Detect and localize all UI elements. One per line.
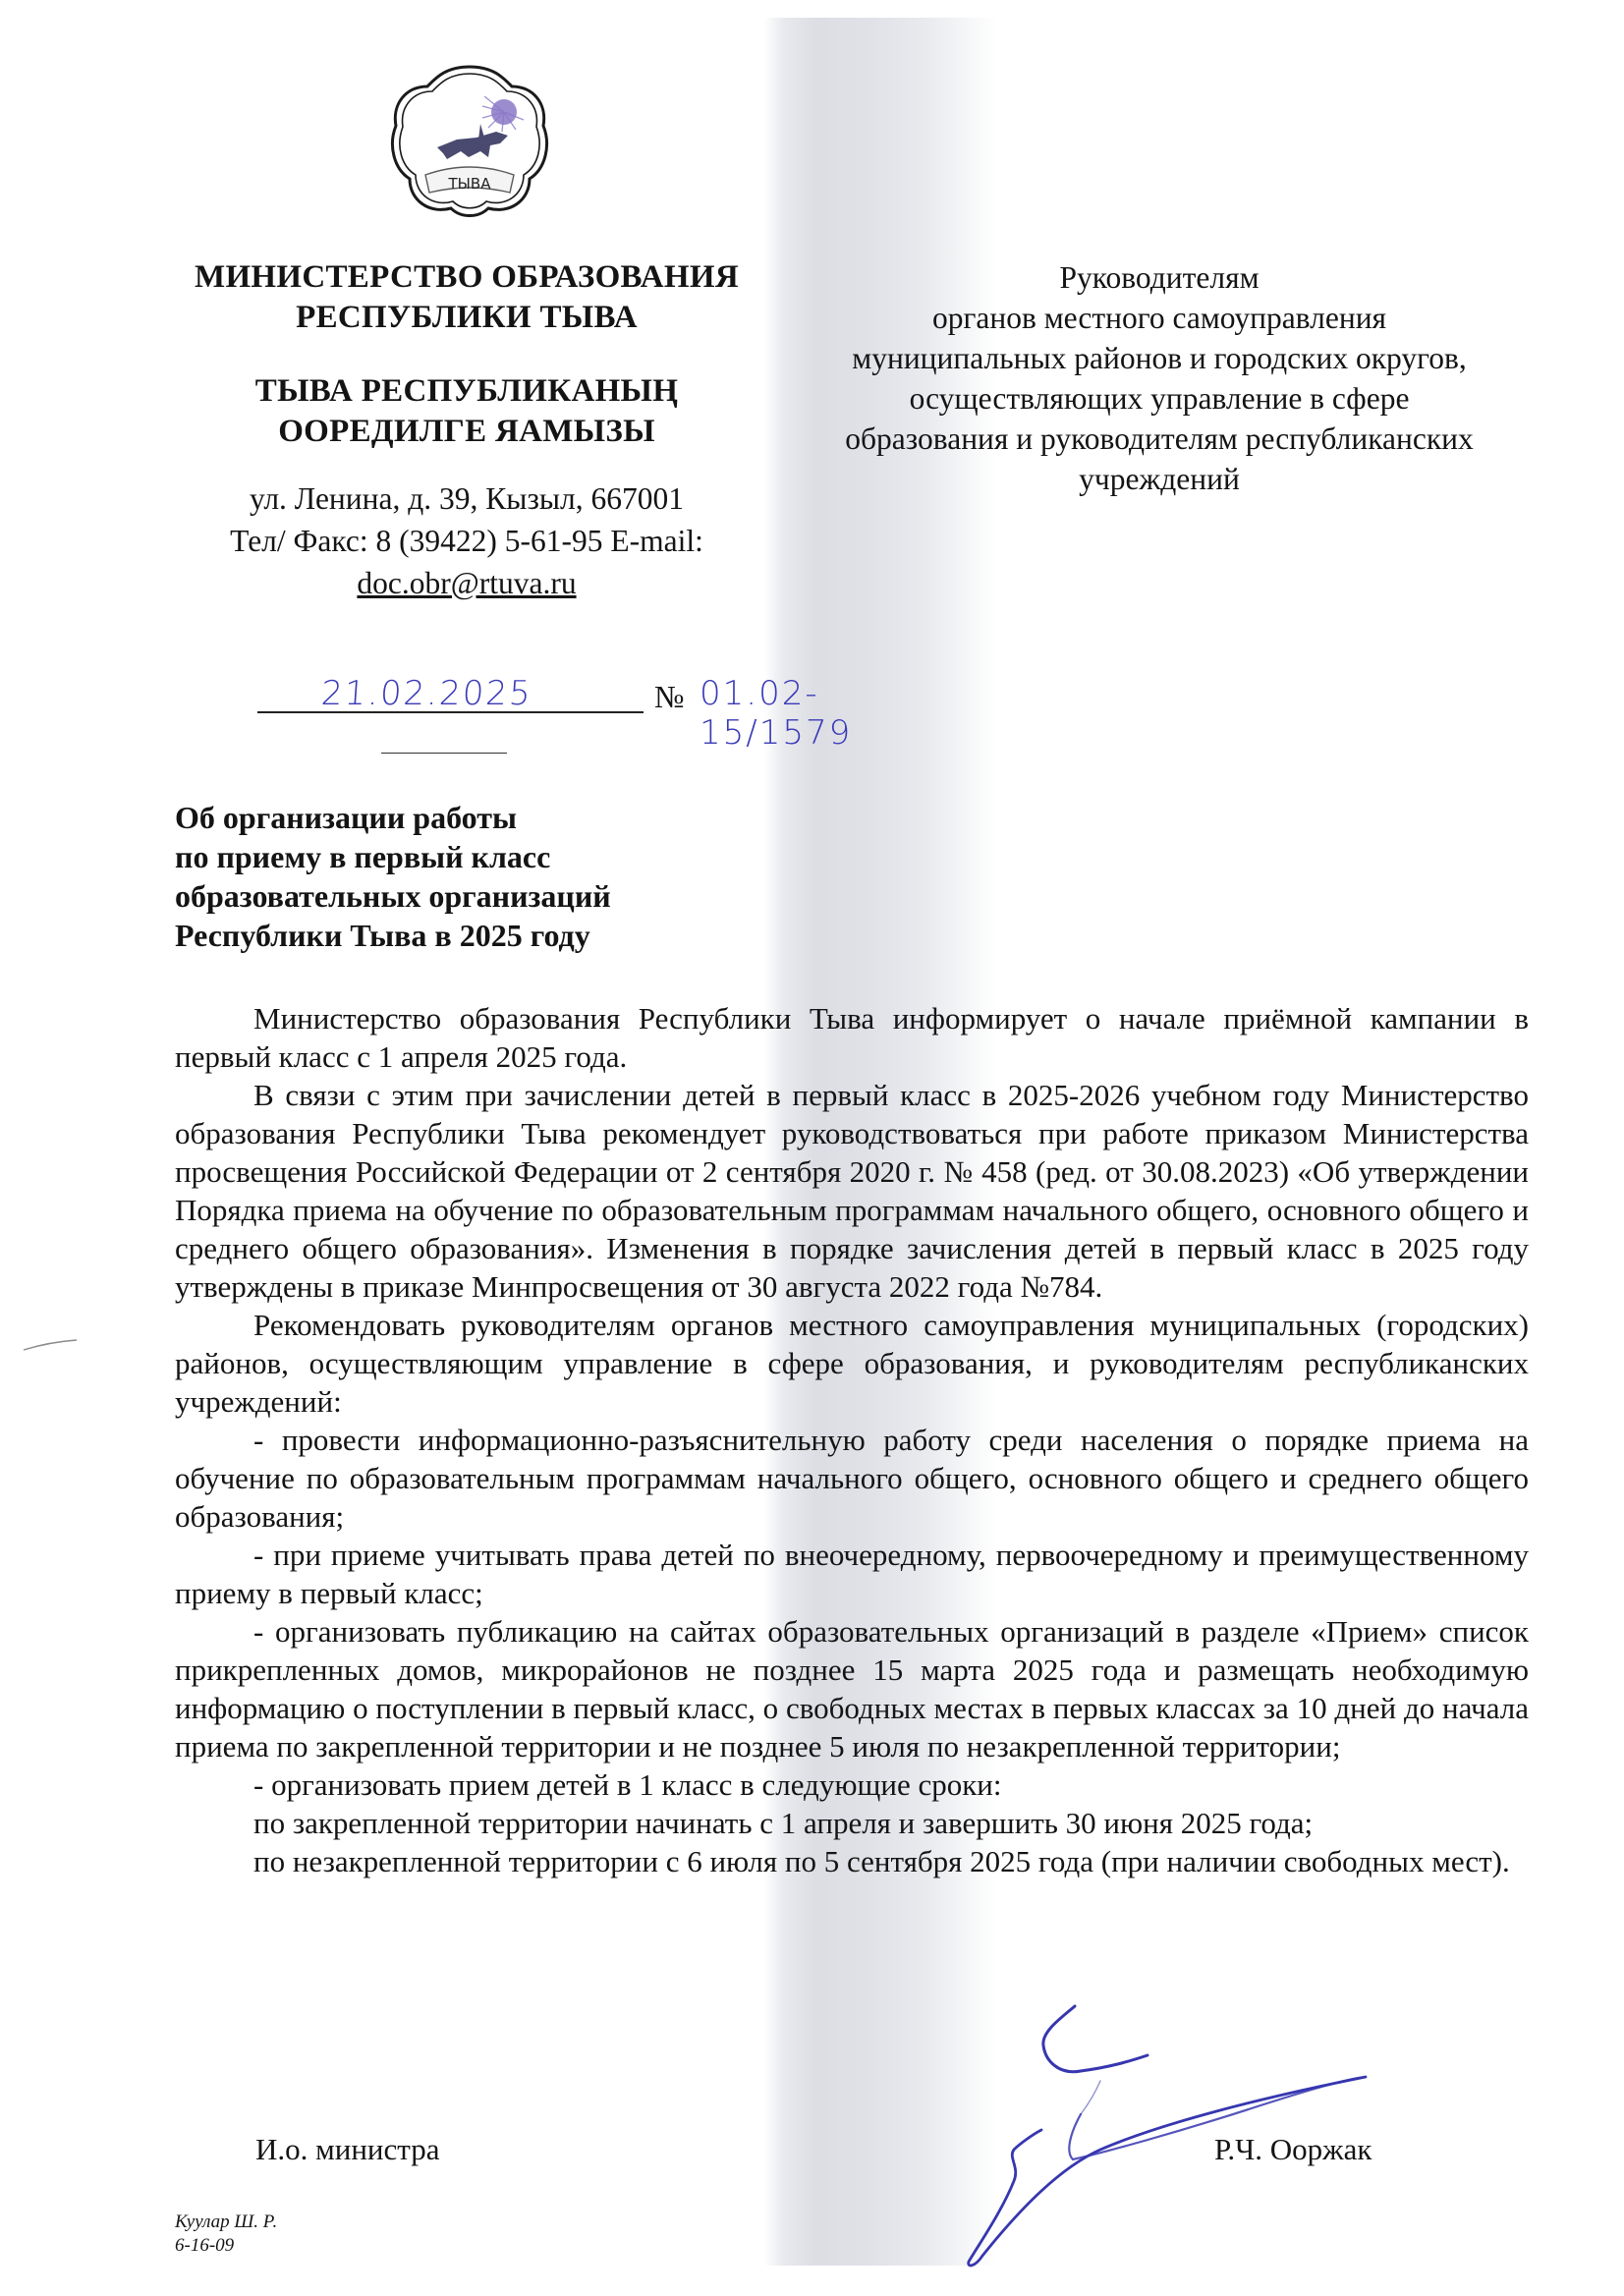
executor-name: Куулар Ш. Р.: [175, 2211, 277, 2234]
registration-number: 01.02-15/1579: [700, 674, 965, 753]
registration-date: 21.02.2025: [320, 674, 533, 713]
body-schedule-item: по незакрепленной территории с 6 июля по…: [175, 1842, 1529, 1880]
executor-note: Куулар Ш. Р. 6-16-09: [175, 2211, 277, 2258]
letter-body: Министерство образования Республики Тыва…: [175, 999, 1529, 1880]
body-paragraph: Министерство образования Республики Тыва…: [175, 999, 1529, 1076]
recipient-line: органов местного самоуправления: [786, 298, 1533, 338]
ministry-name-tyv-line2: ООРЕДИЛГЕ ЯАМЫЗЫ: [167, 412, 766, 452]
body-schedule-item: по закрепленной территории начинать с 1 …: [175, 1804, 1529, 1842]
sender-block: МИНИСТЕРСТВО ОБРАЗОВАНИЯ РЕСПУБЛИКИ ТЫВА…: [167, 257, 766, 604]
coat-of-arms-emblem: ТЫВА: [386, 61, 553, 220]
phone-fax: Тел/ Факс: 8 (39422) 5-61-95 E-mail:: [167, 520, 766, 562]
recipient-line: муниципальных районов и городских округо…: [786, 338, 1533, 378]
body-list-item: - при приеме учитывать права детей по вн…: [175, 1536, 1529, 1612]
contact-info: ул. Ленина, д. 39, Кызыл, 667001 Тел/ Фа…: [167, 477, 766, 604]
body-list-item: - провести информационно-разъяснительную…: [175, 1421, 1529, 1536]
subject-line: Об организации работы: [175, 798, 764, 837]
ministry-name-ru-line1: МИНИСТЕРСТВО ОБРАЗОВАНИЯ: [167, 257, 766, 298]
email-link[interactable]: doc.obr@rtuva.ru: [357, 566, 576, 600]
subject-line: по приему в первый класс: [175, 837, 764, 876]
body-list-item: - организовать публикацию на сайтах обра…: [175, 1612, 1529, 1765]
ministry-name-ru-line2: РЕСПУБЛИКИ ТЫВА: [167, 298, 766, 338]
number-sign: №: [654, 679, 685, 715]
subject-line: образовательных организаций: [175, 876, 764, 916]
signer-title: И.о. министра: [255, 2132, 439, 2167]
recipient-line: учреждений: [786, 459, 1533, 499]
recipient-line: Руководителям: [786, 257, 1533, 298]
tuva-coat-of-arms-icon: ТЫВА: [386, 61, 553, 220]
ministry-name-tyv-line1: ТЫВА РЕСПУБЛИКАНЫҢ: [167, 371, 766, 412]
stray-pen-mark: [20, 1336, 79, 1356]
body-paragraph: В связи с этим при зачислении детей в пе…: [175, 1076, 1529, 1306]
subject-line: Республики Тыва в 2025 году: [175, 916, 764, 955]
svg-text:ТЫВА: ТЫВА: [448, 175, 492, 193]
postal-address: ул. Ленина, д. 39, Кызыл, 667001: [167, 477, 766, 520]
body-list-item: - организовать прием детей в 1 класс в с…: [175, 1765, 1529, 1804]
executor-phone: 6-16-09: [175, 2234, 277, 2258]
recipient-line: осуществляющих управление в сфере: [786, 378, 1533, 419]
recipient-line: образования и руководителям республиканс…: [786, 419, 1533, 459]
body-paragraph: Рекомендовать руководителям органов мест…: [175, 1306, 1529, 1421]
letter-subject: Об организации работы по приему в первый…: [175, 798, 764, 955]
signer-name: Р.Ч. Ооржак: [1214, 2132, 1372, 2167]
recipient-block: Руководителям органов местного самоуправ…: [786, 257, 1533, 499]
registration-row: 21.02.2025 № 01.02-15/1579: [257, 676, 965, 725]
reference-rule: [381, 753, 507, 754]
